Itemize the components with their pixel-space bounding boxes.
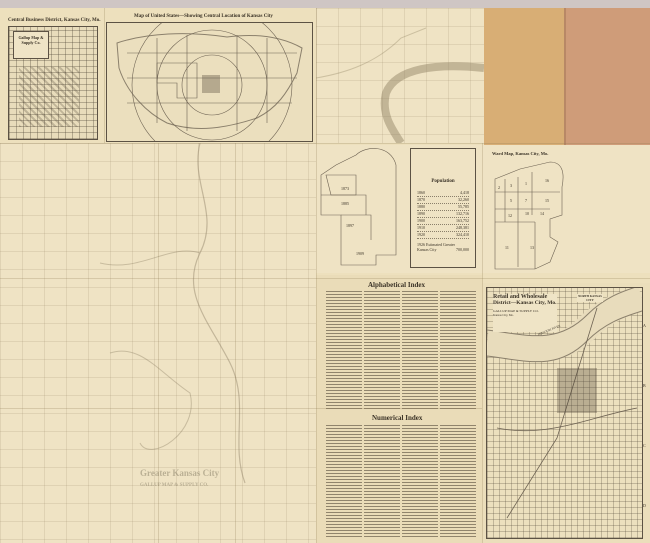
numerical-index-title: Numerical Index [372, 414, 422, 422]
ward-map-panel: Ward Map, Kansas City, Mo. 2 3 1 16 5 7 … [482, 145, 650, 273]
retail-district-panel: Retail and Wholesale District—Kansas Cit… [482, 283, 650, 543]
fold-line [0, 278, 650, 279]
svg-text:7: 7 [525, 198, 527, 203]
retail-publisher-city: Kansas City, Mo. [493, 313, 557, 317]
cbd-inset-box: Gallup Map & Supply Co. [13, 31, 49, 59]
annex-1909: 1909 [356, 251, 364, 256]
cbd-title: Central Business District, Kansas City, … [8, 18, 101, 23]
fold-line [316, 8, 317, 543]
svg-text:13: 13 [530, 245, 534, 250]
faded-map-top [316, 8, 484, 143]
fold-line [104, 8, 105, 143]
cover-panel-front [484, 8, 564, 145]
greater-kc-title: Greater Kansas City [140, 468, 219, 478]
population-row: 1920324,410 [417, 232, 469, 239]
faded-river [316, 8, 484, 143]
svg-text:12: 12 [508, 213, 512, 218]
fold-line [482, 143, 483, 543]
edge-letter-a: A [643, 323, 646, 328]
edge-letter-c: C [643, 443, 646, 448]
us-map-graphic [107, 23, 312, 141]
svg-text:10: 10 [525, 211, 529, 216]
svg-text:3: 3 [510, 183, 512, 188]
cbd-map: Gallup Map & Supply Co. [8, 26, 98, 140]
population-row: 18604,418 [417, 190, 469, 197]
population-row: 1890132,716 [417, 211, 469, 218]
svg-text:11: 11 [505, 245, 509, 250]
retail-title-2: District—Kansas City, Mo. [493, 300, 557, 306]
fold-line [158, 143, 159, 543]
cover-panel-back [564, 8, 650, 145]
population-panel: Population 18604,418 187032,260 188055,7… [406, 145, 482, 273]
us-map [106, 22, 313, 142]
ward-map: 2 3 1 16 5 7 15 12 10 14 11 13 [490, 157, 575, 272]
edge-letter-b: B [643, 383, 646, 388]
fold-line [0, 143, 650, 144]
fold-line [235, 143, 236, 543]
population-row: 1900163,752 [417, 218, 469, 225]
annex-1897: 1897 [346, 223, 354, 228]
population-box: Population 18604,418 187032,260 188055,7… [410, 148, 476, 268]
svg-text:2: 2 [498, 185, 500, 190]
annex-1873: 1873 [341, 186, 349, 191]
population-row: 1910248,381 [417, 225, 469, 232]
edge-letter-d: D [643, 503, 646, 508]
annexation-map: 1873 1885 1897 1909 [316, 145, 406, 273]
numerical-index-columns [326, 425, 476, 537]
index-panel: Alphabetical Index Numerical Index [316, 275, 482, 543]
map-sheet: Central Business District, Kansas City, … [0, 8, 650, 543]
annexation-map-panel: 1873 1885 1897 1909 [316, 145, 406, 273]
north-kc-label: NORTH KANSAS CITY [577, 294, 603, 302]
population-row: 188055,785 [417, 204, 469, 211]
population-row: 187032,260 [417, 197, 469, 204]
svg-text:14: 14 [540, 211, 544, 216]
ward-map-title: Ward Map, Kansas City, Mo. [492, 151, 548, 156]
alpha-index-title: Alphabetical Index [368, 281, 425, 289]
cbd-inset-label: Gallup Map & Supply Co. [14, 35, 48, 45]
us-map-title: Map of United States—Showing Central Loc… [134, 14, 273, 19]
svg-text:5: 5 [510, 198, 512, 203]
svg-text:1: 1 [525, 181, 527, 186]
annex-1885: 1885 [341, 201, 349, 206]
fold-line [0, 408, 482, 409]
retail-map: Retail and Wholesale District—Kansas Cit… [486, 287, 643, 539]
cbd-panel: Central Business District, Kansas City, … [0, 8, 104, 143]
svg-text:15: 15 [545, 198, 549, 203]
svg-text:16: 16 [545, 178, 549, 183]
greater-kc-subtitle: GALLUP MAP & SUPPLY CO. [140, 483, 208, 488]
population-estimate: 1926 Estimated Greater Kansas City 700,0… [417, 242, 469, 252]
us-map-panel: Map of United States—Showing Central Loc… [104, 8, 316, 143]
alpha-index-columns [326, 291, 476, 409]
population-title: Population [411, 179, 475, 184]
